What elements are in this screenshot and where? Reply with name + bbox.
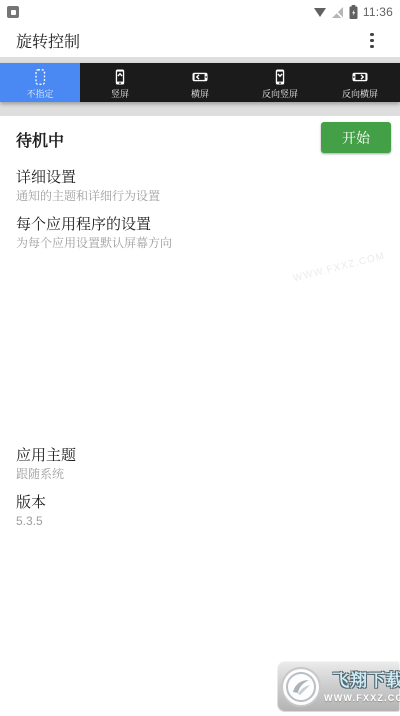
setting-per-app-settings[interactable]: 每个应用程序的设置 为每个应用设置默认屏幕方向 (16, 216, 384, 250)
wifi-icon (314, 8, 326, 17)
site-logo-icon (281, 667, 321, 707)
start-button[interactable]: 开始 (321, 122, 391, 153)
battery-icon (349, 5, 358, 19)
setting-subtitle: 5.3.5 (16, 514, 384, 528)
tab-unspecified[interactable]: 不指定 (0, 63, 80, 102)
service-state-label: 待机中 (16, 128, 64, 151)
phone-portrait-down-icon (270, 67, 290, 87)
tab-label: 反向竖屏 (262, 89, 298, 99)
site-name-text: 飞翔下载 (332, 671, 400, 690)
diagonal-watermark-text: WWW.FXXZ.COM (292, 251, 386, 284)
phone-dashed-outline-icon (30, 67, 50, 87)
setting-subtitle: 通知的主题和详细行为设置 (16, 189, 384, 203)
tab-landscape[interactable]: 横屏 (160, 63, 240, 102)
tab-label: 不指定 (26, 89, 53, 99)
setting-subtitle: 跟随系统 (16, 467, 384, 481)
status-time: 11:36 (363, 5, 393, 19)
site-url-text: WWW.FXXZ.COM (324, 693, 400, 703)
setting-version[interactable]: 版本 5.3.5 (16, 494, 384, 528)
tab-label: 竖屏 (111, 89, 129, 99)
status-bar: 11:36 (0, 0, 400, 24)
tab-portrait[interactable]: 竖屏 (80, 63, 160, 102)
setting-title: 版本 (16, 494, 384, 512)
phone-landscape-right-icon (349, 67, 371, 87)
setting-title: 详细设置 (16, 169, 384, 187)
phone-portrait-up-icon (110, 67, 130, 87)
app-bar: 旋转控制 (0, 24, 400, 57)
orientation-tabstrip: 不指定 竖屏 横屏 (0, 63, 400, 102)
tab-reverse-landscape[interactable]: 反向横屏 (320, 63, 400, 102)
tab-reverse-portrait[interactable]: 反向竖屏 (240, 63, 320, 102)
site-watermark-badge: 飞翔下载 WWW.FXXZ.COM (277, 661, 400, 712)
setting-subtitle: 为每个应用设置默认屏幕方向 (16, 236, 384, 250)
overflow-menu-button[interactable] (360, 29, 384, 53)
setting-title: 每个应用程序的设置 (16, 216, 384, 234)
no-sim-icon (331, 6, 344, 19)
phone-landscape-left-icon (189, 67, 211, 87)
tab-label: 反向横屏 (342, 89, 378, 99)
setting-detailed-settings[interactable]: 详细设置 通知的主题和详细行为设置 (16, 169, 384, 203)
tab-label: 横屏 (191, 89, 209, 99)
setting-app-theme[interactable]: 应用主题 跟随系统 (16, 447, 384, 481)
notification-app-icon (7, 6, 19, 18)
setting-title: 应用主题 (16, 447, 384, 465)
page-title: 旋转控制 (16, 29, 80, 52)
tab-band: 不指定 竖屏 横屏 (0, 57, 400, 116)
app-screen: 11:36 旋转控制 不指定 竖屏 (0, 0, 400, 716)
